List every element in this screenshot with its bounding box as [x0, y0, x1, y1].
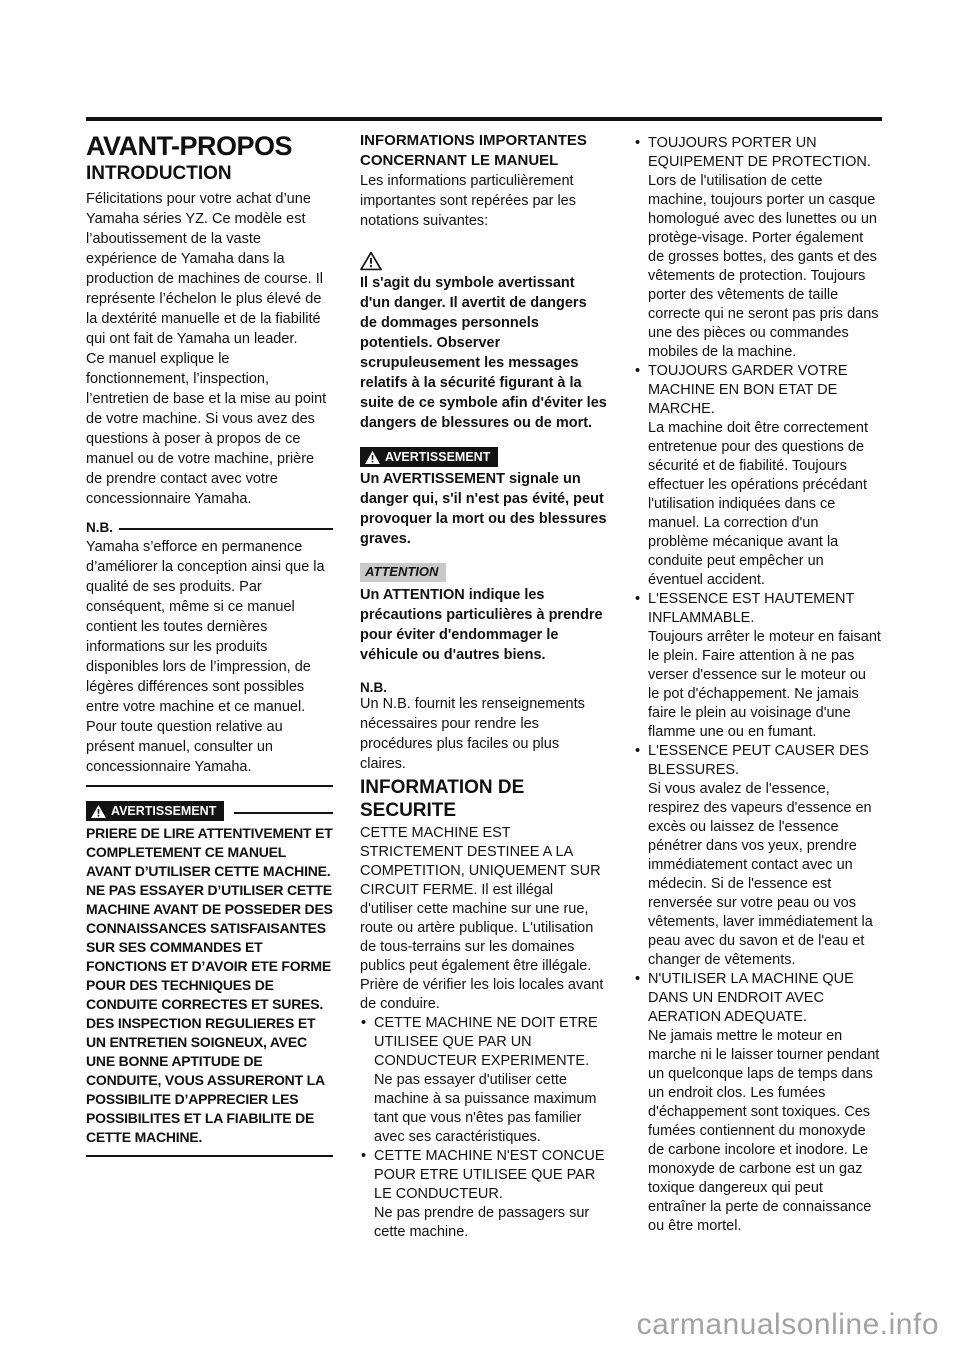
bullet-body: La machine doit être correctement entret… [648, 419, 881, 590]
bullet-body: Ne pas prendre de passagers sur cette ma… [374, 1204, 607, 1242]
warning-triangle-icon [365, 451, 380, 464]
list-item: CETTE MACHINE N'EST CONCUE POUR ETRE UTI… [360, 1147, 607, 1242]
bullet-head: TOUJOURS PORTER UN EQUIPEMENT DE PROTECT… [648, 134, 881, 172]
warning-end-rule [86, 1155, 333, 1157]
nb-label-col2: N.B. [360, 681, 607, 694]
top-rule [86, 117, 882, 121]
hazard-symbol-explanation: Il s'agit du symbole avertissant d'un da… [360, 273, 607, 433]
list-item: TOUJOURS PORTER UN EQUIPEMENT DE PROTECT… [634, 134, 881, 362]
manual-info-intro: Les informations particulièrement import… [360, 171, 607, 231]
nb-heading-row: N.B. [86, 520, 333, 536]
introduction-paragraph-1: Félicitations pour votre achat d’une Yam… [86, 189, 333, 349]
warning-triangle-icon [91, 805, 106, 818]
avertissement-badge: AVERTISSEMENT [86, 801, 224, 821]
hazard-alert-icon [360, 251, 382, 271]
bullet-head: CETTE MACHINE NE DOIT ETRE UTILISEE QUE … [374, 1014, 607, 1071]
manual-page: AVANT-PROPOS INTRODUCTION Félicitations … [0, 0, 960, 1358]
security-bullet-list-col2: CETTE MACHINE NE DOIT ETRE UTILISEE QUE … [360, 1014, 607, 1242]
three-column-layout: AVANT-PROPOS INTRODUCTION Félicitations … [86, 128, 882, 1242]
nb-paragraph: Yamaha s’efforce en permanence d’amélior… [86, 537, 333, 777]
security-info-heading: INFORMATION DE SECURITE [360, 776, 607, 822]
warning-badge-row-col2: AVERTISSEMENT [360, 447, 607, 467]
section-divider-rule [86, 785, 333, 787]
nb-rule [119, 528, 333, 530]
introduction-heading: INTRODUCTION [86, 163, 333, 185]
bullet-body: Si vous avalez de l'essence, respirez de… [648, 780, 881, 970]
list-item: L'ESSENCE EST HAUTEMENT INFLAMMABLE. Tou… [634, 590, 881, 742]
attention-explanation: Un ATTENTION indique les précautions par… [360, 585, 607, 665]
attention-badge: ATTENTION [360, 563, 446, 582]
warning-badge-row: AVERTISSEMENT [86, 801, 333, 821]
bullet-head: TOUJOURS GARDER VOTRE MACHINE EN BON ETA… [648, 362, 881, 419]
list-item: L'ESSENCE PEUT CAUSER DES BLESSURES. Si … [634, 742, 881, 970]
avertissement-badge-col2: AVERTISSEMENT [360, 447, 498, 467]
bullet-head: CETTE MACHINE N'EST CONCUE POUR ETRE UTI… [374, 1147, 607, 1204]
column-1: AVANT-PROPOS INTRODUCTION Félicitations … [86, 128, 333, 1157]
page-title: AVANT-PROPOS [86, 131, 333, 161]
bullet-body: Lors de l'utilisation de cette machine, … [648, 172, 881, 362]
bullet-body: Toujours arrêter le moteur en faisant le… [648, 628, 881, 742]
nb-explanation: Un N.B. fournit les renseignements néces… [360, 694, 607, 774]
bullet-head: L'ESSENCE PEUT CAUSER DES BLESSURES. [648, 742, 881, 780]
column-2: INFORMATIONS IMPORTANTES CONCERNANT LE M… [360, 128, 607, 1242]
list-item: CETTE MACHINE NE DOIT ETRE UTILISEE QUE … [360, 1014, 607, 1147]
manual-info-heading: INFORMATIONS IMPORTANTES CONCERNANT LE M… [360, 131, 607, 171]
avertissement-badge-label-col2: AVERTISSEMENT [385, 449, 490, 465]
security-bullet-list-col3: TOUJOURS PORTER UN EQUIPEMENT DE PROTECT… [634, 134, 881, 1236]
nb-label: N.B. [86, 520, 119, 536]
read-manual-warning-text: PRIERE DE LIRE ATTENTIVEMENT ET COMPLETE… [86, 824, 333, 1147]
page-content: AVANT-PROPOS INTRODUCTION Félicitations … [86, 117, 882, 1242]
bullet-body: Ne jamais mettre le moteur en marche ni … [648, 1027, 881, 1236]
list-item: TOUJOURS GARDER VOTRE MACHINE EN BON ETA… [634, 362, 881, 590]
watermark-text: carmanualsonline.info [637, 1308, 939, 1342]
introduction-paragraph-2: Ce manuel explique le fonctionnement, l’… [86, 349, 333, 509]
bullet-head: L'ESSENCE EST HAUTEMENT INFLAMMABLE. [648, 590, 881, 628]
badge-tail-rule [234, 812, 333, 814]
avertissement-explanation: Un AVERTISSEMENT signale un danger qui, … [360, 469, 607, 549]
bullet-head: N'UTILISER LA MACHINE QUE DANS UN ENDROI… [648, 970, 881, 1027]
column-3: TOUJOURS PORTER UN EQUIPEMENT DE PROTECT… [634, 128, 881, 1236]
list-item: N'UTILISER LA MACHINE QUE DANS UN ENDROI… [634, 970, 881, 1236]
security-intro-paragraph: CETTE MACHINE EST STRICTEMENT DESTINEE A… [360, 824, 607, 1014]
bullet-body: Ne pas essayer d'utiliser cette machine … [374, 1071, 607, 1147]
avertissement-badge-label: AVERTISSEMENT [111, 803, 216, 819]
